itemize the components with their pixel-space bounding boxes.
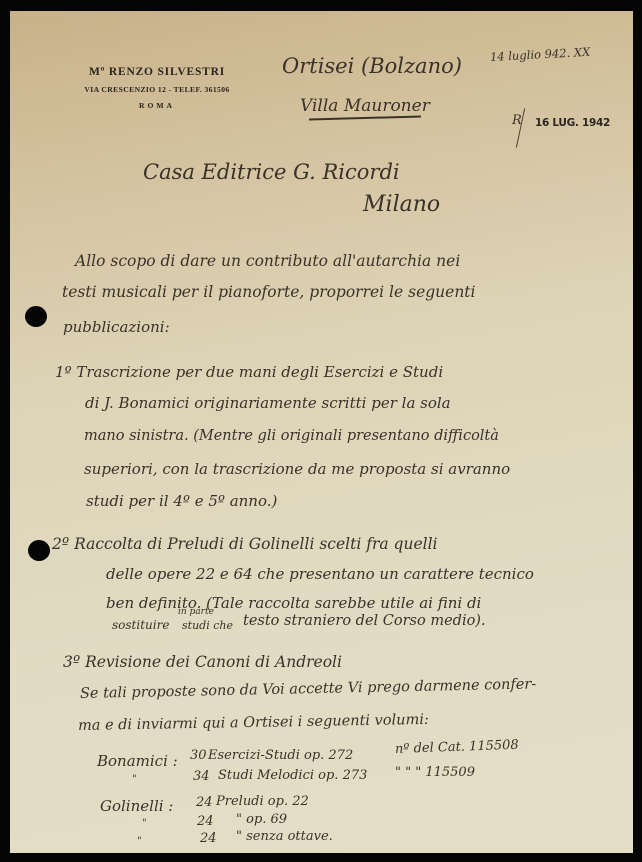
- letterhead: Mº RENZO SILVESTRI VIA CRESCENZIO 12 - T…: [52, 66, 262, 110]
- scan-bottom-edge: [0, 853, 642, 862]
- volume-title: Esercizi-Studi op. 272: [208, 748, 353, 763]
- punch-hole-top: [25, 306, 47, 327]
- place-line: Ortisei (Bolzano): [282, 54, 462, 78]
- item2-line-4-sostituire: sostituire: [112, 618, 169, 632]
- recipient-line-2: Milano: [363, 192, 440, 217]
- volume-catalog: " " " 115509: [395, 765, 475, 780]
- item2-line-3: ben definito. (Tale raccolta sarebbe uti…: [106, 594, 481, 612]
- letterhead-city: ROMA: [52, 101, 262, 110]
- item2-insertion-note: in parte: [178, 607, 214, 617]
- item1-line-3: mano sinistra. (Mentre gli originali pre…: [84, 428, 499, 444]
- item2-line-4-studi: studi che: [182, 619, 233, 632]
- volume-author: Bonamici :: [97, 752, 178, 770]
- item3-line: 3º Revisione dei Canoni di Andreoli: [63, 653, 342, 671]
- intro-line-1: Allo scopo di dare un contributo all'aut…: [75, 252, 460, 270]
- volume-author: ": [137, 836, 142, 847]
- recipient-line-1: Casa Editrice G. Ricordi: [143, 160, 400, 184]
- volume-author: Golinelli :: [100, 797, 173, 815]
- volume-count: 24: [200, 831, 217, 846]
- letterhead-name: Mº RENZO SILVESTRI: [52, 66, 262, 78]
- volume-author: ": [132, 774, 137, 785]
- item2-line-4-rest: testo straniero del Corso medio).: [243, 613, 486, 629]
- received-date-stamp: 16 LUG. 1942: [535, 117, 610, 129]
- volume-title: " op. 69: [236, 812, 287, 827]
- volume-author: ": [142, 818, 147, 829]
- intro-line-2: testi musicali per il pianoforte, propor…: [62, 283, 476, 301]
- volume-title: Studi Melodici op. 273: [218, 768, 367, 783]
- item1-line-4: superiori, con la trascrizione da me pro…: [84, 460, 510, 478]
- villa-line: Villa Mauroner: [300, 96, 430, 116]
- volume-count: 34: [193, 769, 210, 784]
- intro-line-3: pubblicazioni:: [63, 318, 170, 336]
- volume-title: " senza ottave.: [236, 829, 333, 844]
- punch-hole-bottom: [28, 540, 50, 561]
- item2-line-2: delle opere 22 e 64 che presentano un ca…: [106, 565, 534, 583]
- item2-line-1: 2º Raccolta di Preludi di Golinelli scel…: [52, 535, 438, 553]
- volume-count: 30: [190, 748, 207, 763]
- volume-count: 24: [197, 814, 214, 829]
- volume-count: 24: [196, 795, 213, 810]
- item1-line-2: di J. Bonamici originariamente scritti p…: [85, 394, 451, 412]
- letterhead-address: VIA CRESCENZIO 12 - TELEF. 361506: [52, 85, 262, 94]
- volume-title: Preludi op. 22: [216, 794, 309, 809]
- item1-line-1: 1º Trascrizione per due mani degli Eserc…: [55, 363, 443, 381]
- item1-line-5: studi per il 4º e 5º anno.): [86, 492, 277, 510]
